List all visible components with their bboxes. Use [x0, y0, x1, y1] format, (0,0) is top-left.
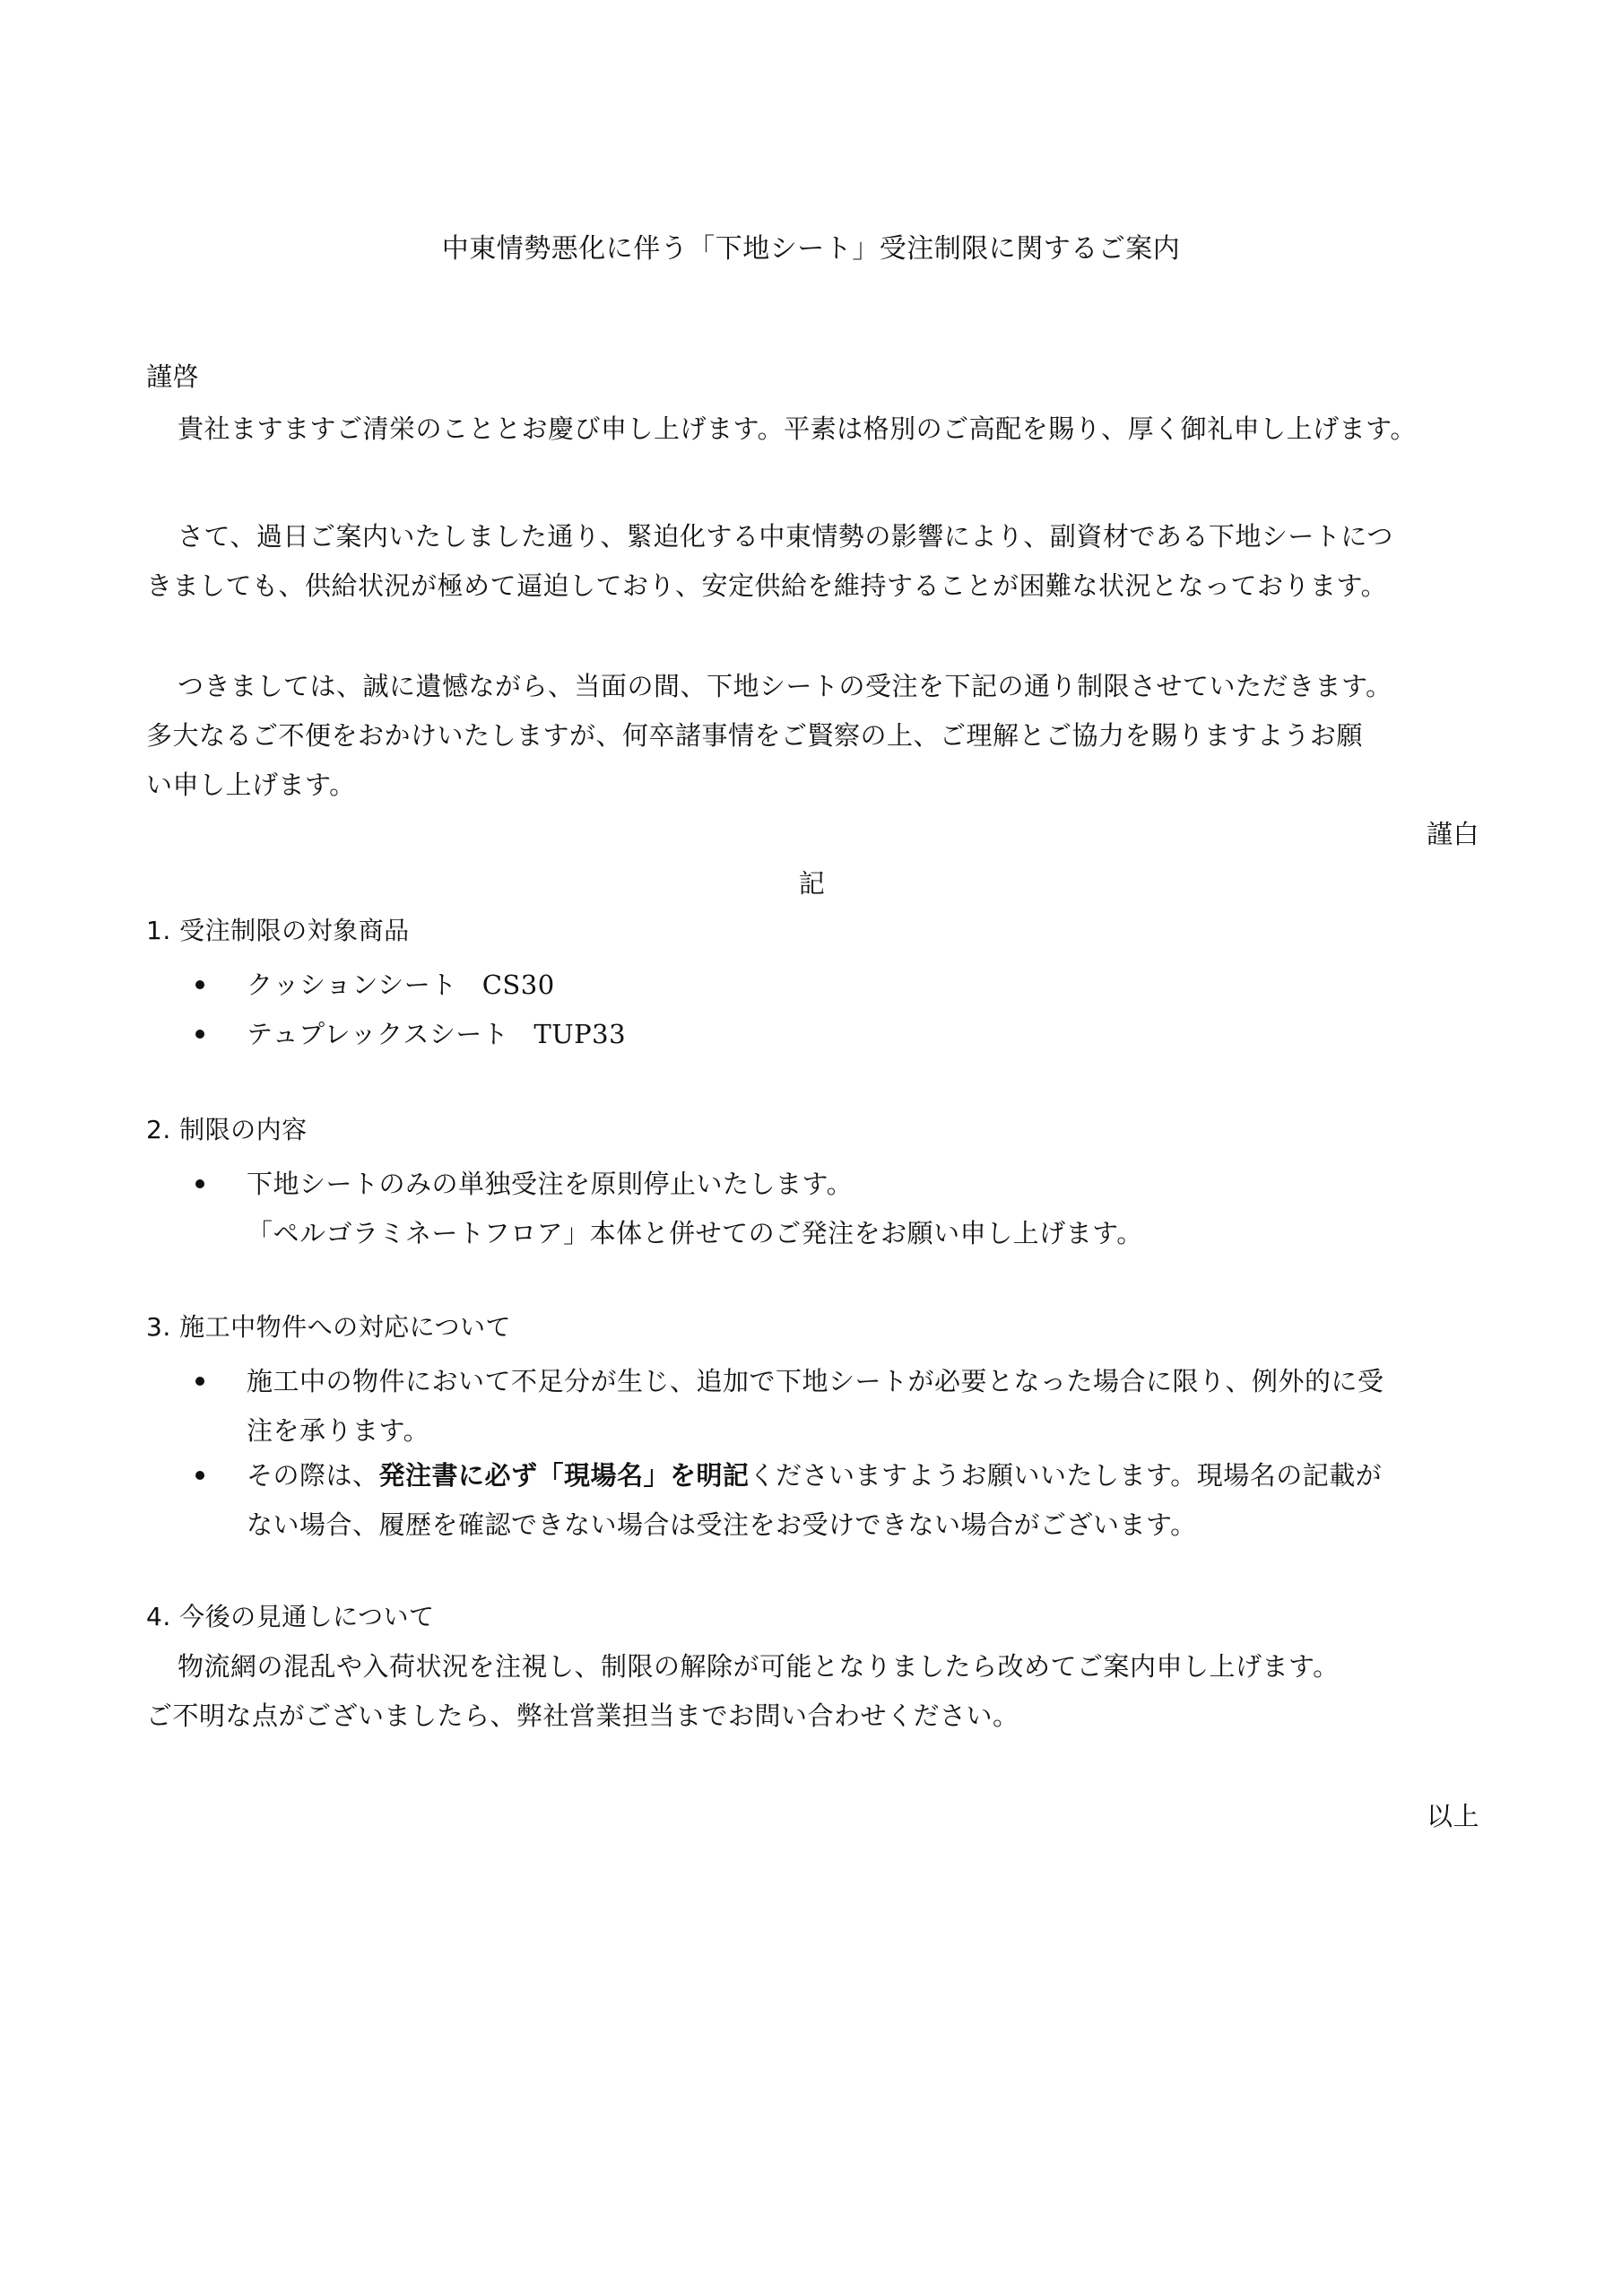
- paragraph-1-line-2: きましても、供給状況が極めて逼迫しており、安定供給を維持することが困難な状況とな…: [146, 568, 1387, 604]
- product-code: TUP33: [533, 1019, 626, 1049]
- bullet-2-prefix: その際は、: [247, 1460, 379, 1491]
- section-3-heading: 3. 施工中物件への対応について: [146, 1309, 511, 1345]
- section-2-heading: 2. 制限の内容: [146, 1112, 308, 1148]
- in-progress-bullet-2-line-1: その際は、発注書に必ず「現場名」を明記くださいますようお願いいたします。現場名の…: [247, 1457, 1382, 1493]
- outlook-line-2: ご不明な点がございましたら、弊社営業担当までお問い合わせください。: [146, 1698, 1019, 1734]
- end-mark: 以上: [0, 1798, 1479, 1834]
- product-item-2: テュプレックスシートTUP33: [247, 1016, 626, 1052]
- product-name: テュプレックスシート: [247, 1019, 508, 1049]
- greeting-paragraph: 貴社ますますご清栄のこととお慶び申し上げます。平素は格別のご高配を賜り、厚く御礼…: [178, 411, 1417, 447]
- paragraph-2-line-1: つきましては、誠に遺憾ながら、当面の間、下地シートの受注を下記の通り制限させてい…: [178, 668, 1392, 704]
- salutation: 謹啓: [146, 359, 199, 395]
- paragraph-2-line-3: い申し上げます。: [146, 767, 356, 803]
- document-page: 中東情勢悪化に伴う「下地シート」受注制限に関するご案内 謹啓 貴社ますますご清栄…: [0, 0, 1622, 2296]
- bullet-icon: [195, 1179, 204, 1188]
- product-item-1: クッションシートCS30: [247, 967, 555, 1003]
- restriction-note: 「ペルゴラミネートフロア」本体と併せてのご発注をお願い申し上げます。: [247, 1215, 1143, 1251]
- bullet-icon: [195, 1030, 204, 1039]
- ki-mark: 記: [0, 865, 1622, 901]
- bullet-icon: [195, 1377, 204, 1386]
- closing-formal: 謹白: [0, 816, 1479, 852]
- document-title: 中東情勢悪化に伴う「下地シート」受注制限に関するご案内: [0, 231, 1622, 267]
- site-name-emphasis: 発注書に必ず「現場名」を明記: [379, 1460, 750, 1491]
- bullet-icon: [195, 1471, 204, 1480]
- product-name: クッションシート: [247, 970, 457, 1000]
- product-code: CS30: [482, 970, 555, 1000]
- paragraph-1-line-1: さて、過日ご案内いたしました通り、緊迫化する中東情勢の影響により、副資材である下…: [178, 518, 1393, 554]
- restriction-bullet: 下地シートのみの単独受注を原則停止いたします。: [247, 1166, 853, 1202]
- in-progress-bullet-1-line-2: 注を承ります。: [247, 1413, 429, 1448]
- section-4-heading: 4. 今後の見通しについて: [146, 1599, 435, 1635]
- in-progress-bullet-2-line-2: ない場合、履歴を確認できない場合は受注をお受けできない場合がございます。: [247, 1507, 1197, 1543]
- paragraph-2-line-2: 多大なるご不便をおかけいたしますが、何卒諸事情をご賢察の上、ご理解とご協力を賜り…: [146, 717, 1363, 753]
- section-1-heading: 1. 受注制限の対象商品: [146, 913, 410, 949]
- in-progress-bullet-1-line-1: 施工中の物件において不足分が生じ、追加で下地シートが必要となった場合に限り、例外…: [247, 1363, 1384, 1399]
- bullet-2-suffix: くださいますようお願いいたします。現場名の記載が: [750, 1460, 1383, 1491]
- outlook-line-1: 物流網の混乱や入荷状況を注視し、制限の解除が可能となりましたら改めてご案内申し上…: [178, 1648, 1340, 1684]
- bullet-icon: [195, 980, 204, 989]
